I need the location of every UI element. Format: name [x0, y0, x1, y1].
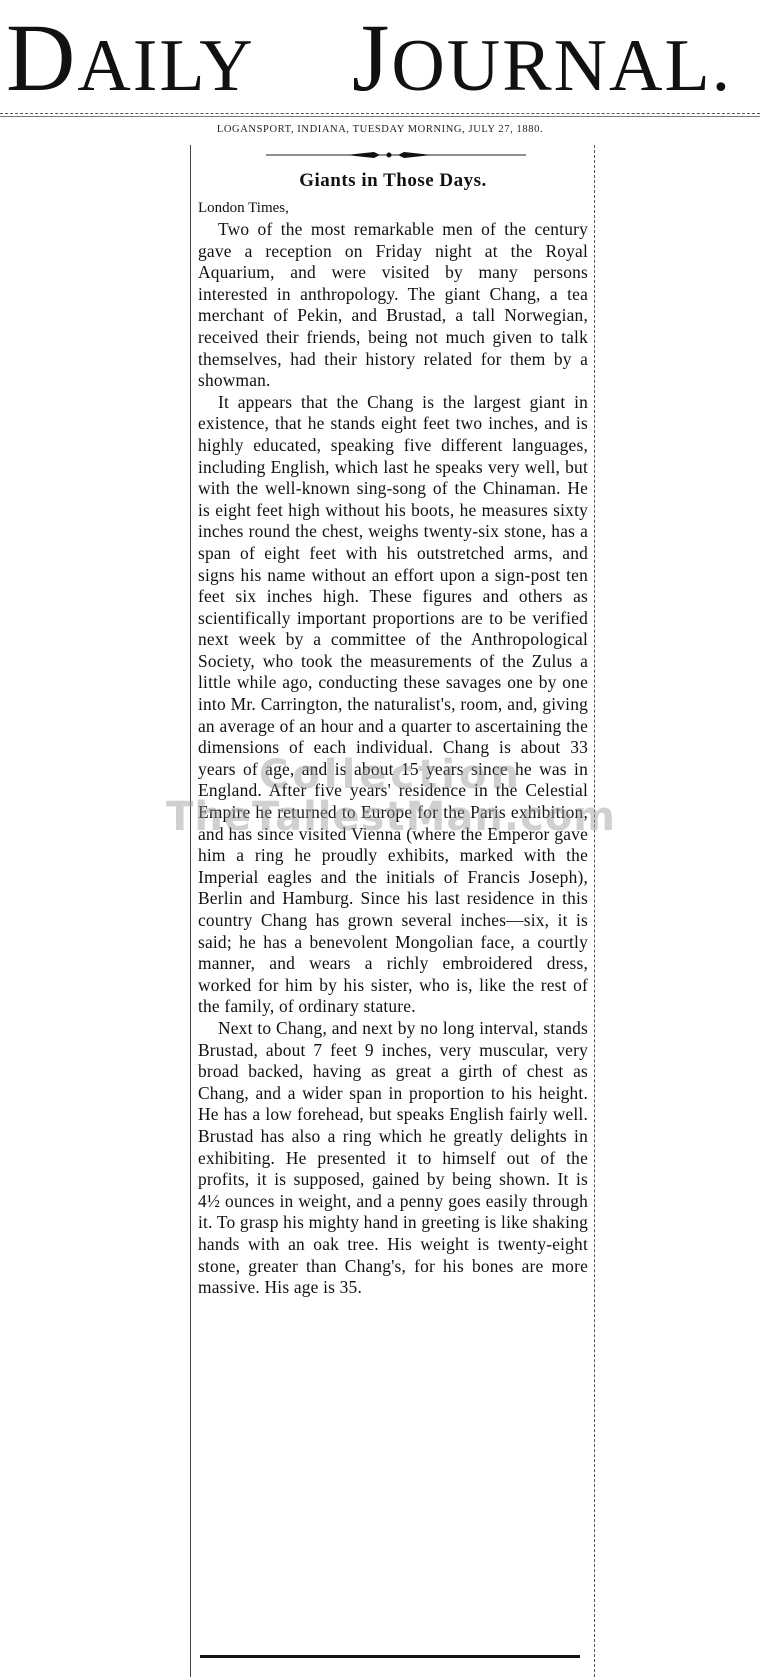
- masthead-title-daily: DAILY: [6, 8, 255, 116]
- masthead-rest: AILY: [77, 25, 254, 107]
- ornament-divider-icon: [196, 150, 596, 160]
- masthead-cap: J: [352, 4, 391, 111]
- dateline: LOGANSPORT, INDIANA, TUESDAY MORNING, JU…: [0, 124, 760, 135]
- article-end-rule: [200, 1655, 580, 1658]
- article-paragraph: It appears that the Chang is the largest…: [198, 392, 588, 1018]
- article-source: London Times,: [198, 198, 588, 219]
- article: Giants in Those Days. London Times, Two …: [198, 170, 588, 1299]
- article-paragraph: Two of the most remarkable men of the ce…: [198, 219, 588, 392]
- masthead-cap: D: [6, 4, 77, 111]
- article-headline: Giants in Those Days.: [198, 170, 588, 192]
- article-paragraph: Next to Chang, and next by no long inter…: [198, 1018, 588, 1299]
- column-rule-right: [594, 145, 595, 1677]
- masthead-rest: OURNAL.: [391, 25, 732, 107]
- masthead-rule: [0, 113, 760, 114]
- column-rule-left: [190, 145, 191, 1677]
- masthead-rule-secondary: [0, 116, 760, 117]
- masthead: DAILY JOURNAL.: [0, 8, 760, 108]
- masthead-title-journal: JOURNAL.: [352, 8, 732, 116]
